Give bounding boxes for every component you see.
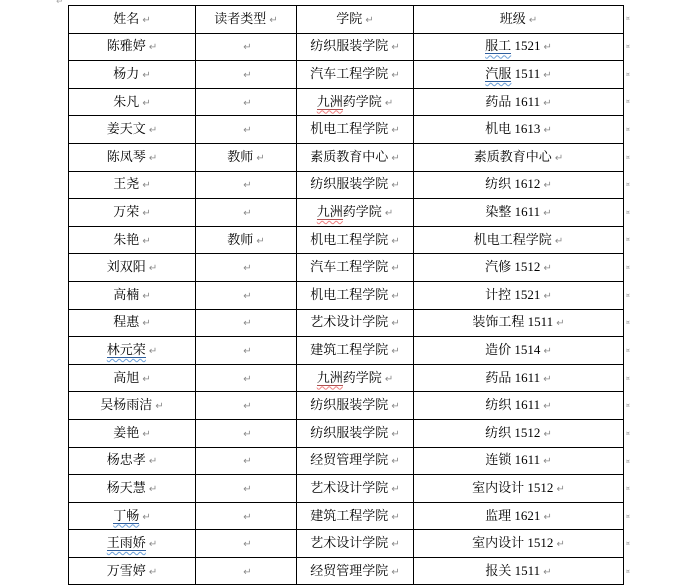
end-of-row-mark: ¤ <box>626 5 630 33</box>
end-of-cell-mark: ↵ <box>543 70 551 81</box>
cell-class[interactable]: 素质教育中心↵ <box>414 143 624 171</box>
cell-name[interactable]: 杨忠孝↵ <box>69 447 196 475</box>
table-row: 朱艳↵教师↵机电工程学院↵机电工程学院↵ <box>69 226 624 254</box>
cell-reader-type[interactable]: ↵ <box>196 447 297 475</box>
cell-class[interactable]: 装饰工程 1511↵ <box>414 309 624 337</box>
end-of-cell-mark: ↵ <box>243 512 251 523</box>
end-of-cell-mark: ↵ <box>243 263 251 274</box>
end-of-cell-mark: ↵ <box>385 208 393 219</box>
end-of-row-mark: ¤ <box>626 88 630 116</box>
cell-name[interactable]: 程惠↵ <box>69 309 196 337</box>
end-of-cell-mark: ↵ <box>543 512 551 523</box>
document-page: ↵ 姓名↵读者类型↵学院↵班级↵ 陈雅婷↵↵纺织服装学院↵服工 1521↵杨力↵… <box>0 0 689 586</box>
table-row: 杨忠孝↵↵经贸管理学院↵连锁 1611↵ <box>69 447 624 475</box>
cell-college[interactable]: 九洲药学院↵ <box>297 364 414 392</box>
end-of-cell-mark: ↵ <box>391 291 399 302</box>
cell-text: 室内设计 1512 <box>472 535 553 550</box>
cell-college[interactable]: 机电工程学院↵ <box>297 116 414 144</box>
end-of-row-mark: ¤ <box>626 447 630 475</box>
cell-name[interactable]: 杨天慧↵ <box>69 475 196 503</box>
cell-text: 报关 1511 <box>485 563 540 578</box>
cell-text: 机电工程学院 <box>474 232 552 247</box>
cell-reader-type[interactable]: ↵ <box>196 88 297 116</box>
records-table: 姓名↵读者类型↵学院↵班级↵ 陈雅婷↵↵纺织服装学院↵服工 1521↵杨力↵↵汽… <box>68 5 624 585</box>
header-row: 姓名↵读者类型↵学院↵班级↵ <box>69 6 624 34</box>
end-of-cell-mark: ↵ <box>243 98 251 109</box>
cell-text: 汽修 1512 <box>485 259 540 274</box>
cell-text: 汽车工程学院 <box>310 259 388 274</box>
cell-college[interactable]: 建筑工程学院↵ <box>297 337 414 365</box>
cell-text: 药品 1611 <box>485 94 540 109</box>
end-of-cell-mark: ↵ <box>391 512 399 523</box>
cell-text: 素质教育中心 <box>474 149 552 164</box>
end-of-cell-mark: ↵ <box>391 263 399 274</box>
cell-text: 杨力 <box>113 66 139 81</box>
end-of-cell-mark: ↵ <box>391 180 399 191</box>
end-of-cell-mark: ↵ <box>556 318 564 329</box>
cell-college[interactable]: 艺术设计学院↵ <box>297 475 414 503</box>
end-of-cell-mark: ↵ <box>391 346 399 357</box>
cell-reader-type[interactable]: ↵ <box>196 392 297 420</box>
end-of-cell-mark: ↵ <box>543 401 551 412</box>
table-row: 林元荣↵↵建筑工程学院↵造价 1514↵ <box>69 337 624 365</box>
column-header-name[interactable]: 姓名↵ <box>69 6 196 34</box>
table-row: 姜天文↵↵机电工程学院↵机电 1613↵ <box>69 116 624 144</box>
end-of-cell-mark: ↵ <box>149 263 157 274</box>
end-of-cell-mark: ↵ <box>243 484 251 495</box>
cell-reader-type[interactable]: ↵ <box>196 475 297 503</box>
cell-college[interactable]: 经贸管理学院↵ <box>297 557 414 585</box>
table-row: 王尧↵↵纺织服装学院↵纺织 1612↵ <box>69 171 624 199</box>
cell-text: 高旭 <box>113 370 139 385</box>
cell-class[interactable]: 服工 1521↵ <box>414 33 624 61</box>
table-row: 王雨娇↵↵艺术设计学院↵室内设计 1512↵ <box>69 530 624 558</box>
cell-text: 机电工程学院 <box>310 287 388 302</box>
cell-text: 朱艳 <box>113 232 139 247</box>
cell-college[interactable]: 纺织服装学院↵ <box>297 171 414 199</box>
cell-reader-type[interactable]: ↵ <box>196 309 297 337</box>
cell-class[interactable]: 室内设计 1512↵ <box>414 475 624 503</box>
end-of-cell-mark: ↵ <box>391 318 399 329</box>
cell-text: 姜艳 <box>113 425 139 440</box>
cell-text: 吴杨雨洁 <box>100 397 152 412</box>
cell-name[interactable]: 林元荣↵ <box>69 337 196 365</box>
cell-text: 纺织 1512 <box>485 425 540 440</box>
end-of-row-mark: ¤ <box>626 33 630 61</box>
end-of-row-mark: ¤ <box>626 475 630 503</box>
cell-text: 王雨娇 <box>107 535 146 551</box>
cell-text: 监理 1621 <box>485 508 540 523</box>
end-of-row-mark: ¤ <box>626 530 630 558</box>
cell-college[interactable]: 建筑工程学院↵ <box>297 502 414 530</box>
cell-name[interactable]: 姜天文↵ <box>69 116 196 144</box>
cell-class[interactable]: 药品 1611↵ <box>414 364 624 392</box>
cell-text: 汽服 1511 <box>485 66 540 82</box>
cell-text: 纺织服装学院 <box>310 425 388 440</box>
cell-text: 艺术设计学院 <box>310 535 388 550</box>
end-of-row-mark: ¤ <box>626 503 630 531</box>
cell-reader-type[interactable]: ↵ <box>196 61 297 89</box>
cell-reader-type[interactable]: 教师↵ <box>196 143 297 171</box>
grammar-wavy-underline: 服工 <box>485 38 511 54</box>
cell-name[interactable]: 朱凡↵ <box>69 88 196 116</box>
end-of-cell-mark: ↵ <box>385 374 393 385</box>
end-of-cell-mark: ↵ <box>391 429 399 440</box>
cell-reader-type[interactable]: ↵ <box>196 337 297 365</box>
end-of-row-mark: ¤ <box>626 198 630 226</box>
end-of-cell-mark: ↵ <box>142 98 150 109</box>
cell-name[interactable]: 王尧↵ <box>69 171 196 199</box>
cell-name[interactable]: 丁畅↵ <box>69 502 196 530</box>
end-of-cell-mark: ↵ <box>142 236 150 247</box>
cell-text: 建筑工程学院 <box>310 508 388 523</box>
cell-reader-type[interactable]: ↵ <box>196 254 297 282</box>
cell-text: 经贸管理学院 <box>310 452 388 467</box>
cell-text: 纺织 1611 <box>485 397 540 412</box>
cell-name[interactable]: 吴杨雨洁↵ <box>69 392 196 420</box>
cell-name[interactable]: 高旭↵ <box>69 364 196 392</box>
end-of-cell-mark: ↵ <box>142 70 150 81</box>
end-of-cell-mark: ↵ <box>155 401 163 412</box>
cell-name[interactable]: 高楠↵ <box>69 281 196 309</box>
cell-text: 艺术设计学院 <box>310 480 388 495</box>
cell-text: 机电工程学院 <box>310 121 388 136</box>
table-row: 姜艳↵↵纺织服装学院↵纺织 1512↵ <box>69 419 624 447</box>
cell-text: 教师 <box>227 232 253 247</box>
cell-name[interactable]: 朱艳↵ <box>69 226 196 254</box>
row-end-marks: ¤¤¤¤¤¤¤¤¤¤¤¤¤¤¤¤¤¤¤¤¤ <box>626 5 630 585</box>
end-of-row-mark: ¤ <box>626 171 630 199</box>
cell-text: 王尧 <box>113 176 139 191</box>
end-of-cell-mark: ↵ <box>149 153 157 164</box>
grammar-wavy-underline: 丁畅 <box>113 508 139 524</box>
cell-class[interactable]: 纺织 1612↵ <box>414 171 624 199</box>
cell-class[interactable]: 纺织 1512↵ <box>414 419 624 447</box>
column-header-class[interactable]: 班级↵ <box>414 6 624 34</box>
cell-text: 机电工程学院 <box>310 232 388 247</box>
cell-text: 汽车工程学院 <box>310 66 388 81</box>
end-of-cell-mark: ↵ <box>543 42 551 53</box>
column-header-label: 学院 <box>336 11 362 26</box>
cell-text: 万荣 <box>113 204 139 219</box>
end-of-cell-mark: ↵ <box>543 180 551 191</box>
cell-class[interactable]: 连锁 1611↵ <box>414 447 624 475</box>
end-of-cell-mark: ↵ <box>149 567 157 578</box>
table-row: 陈凤琴↵教师↵素质教育中心↵素质教育中心↵ <box>69 143 624 171</box>
cell-college[interactable]: 纺织服装学院↵ <box>297 419 414 447</box>
end-of-row-mark: ¤ <box>626 281 630 309</box>
cell-text: 万雪婷 <box>107 563 146 578</box>
table-row: 高楠↵↵机电工程学院↵计控 1521↵ <box>69 281 624 309</box>
cell-text: 朱凡 <box>113 94 139 109</box>
column-header-label: 读者类型 <box>214 11 266 26</box>
grammar-wavy-underline: 汽服 <box>485 66 511 82</box>
cell-text: 装饰工程 1511 <box>472 314 553 329</box>
end-of-cell-mark: ↵ <box>142 15 150 26</box>
end-of-cell-mark: ↵ <box>243 429 251 440</box>
end-of-cell-mark: ↵ <box>365 15 373 26</box>
end-of-cell-mark: ↵ <box>543 456 551 467</box>
end-of-cell-mark: ↵ <box>243 291 251 302</box>
cell-class[interactable]: 染整 1611↵ <box>414 199 624 227</box>
cell-class[interactable]: 汽修 1512↵ <box>414 254 624 282</box>
end-of-cell-mark: ↵ <box>243 318 251 329</box>
end-of-cell-mark: ↵ <box>243 346 251 357</box>
cell-text: 纺织服装学院 <box>310 397 388 412</box>
end-of-cell-mark: ↵ <box>543 429 551 440</box>
end-of-cell-mark: ↵ <box>391 70 399 81</box>
cell-class[interactable]: 计控 1521↵ <box>414 281 624 309</box>
end-of-row-mark: ¤ <box>626 226 630 254</box>
cell-text: 九洲药学院 <box>317 370 382 386</box>
cell-text: 素质教育中心 <box>310 149 388 164</box>
table-row: 万荣↵↵九洲药学院↵染整 1611↵ <box>69 199 624 227</box>
end-of-cell-mark: ↵ <box>243 374 251 385</box>
end-of-cell-mark: ↵ <box>385 98 393 109</box>
end-of-cell-mark: ↵ <box>543 291 551 302</box>
cell-college[interactable]: 机电工程学院↵ <box>297 281 414 309</box>
cell-name[interactable]: 杨力↵ <box>69 61 196 89</box>
end-of-cell-mark: ↵ <box>142 208 150 219</box>
cell-text: 造价 1514 <box>485 342 540 357</box>
cell-text: 纺织 1612 <box>485 176 540 191</box>
cell-text: 程惠 <box>113 314 139 329</box>
end-of-cell-mark: ↵ <box>243 567 251 578</box>
cell-class[interactable]: 室内设计 1512↵ <box>414 530 624 558</box>
column-header-label: 姓名 <box>113 11 139 26</box>
cell-class[interactable]: 报关 1511↵ <box>414 557 624 585</box>
end-of-cell-mark: ↵ <box>142 374 150 385</box>
end-of-cell-mark: ↵ <box>391 567 399 578</box>
end-of-cell-mark: ↵ <box>256 153 264 164</box>
cell-text: 丁畅 <box>113 508 139 524</box>
end-of-cell-mark: ↵ <box>543 567 551 578</box>
cell-text: 九洲药学院 <box>317 94 382 110</box>
cell-text: 教师 <box>227 149 253 164</box>
cell-name[interactable]: 陈雅婷↵ <box>69 33 196 61</box>
spelling-wavy-underline: 九洲 <box>317 370 343 386</box>
end-of-cell-mark: ↵ <box>243 42 251 53</box>
cell-class[interactable]: 造价 1514↵ <box>414 337 624 365</box>
end-of-cell-mark: ↵ <box>556 484 564 495</box>
cell-text: 染整 1611 <box>485 204 540 219</box>
cell-name[interactable]: 陈凤琴↵ <box>69 143 196 171</box>
end-of-cell-mark: ↵ <box>543 98 551 109</box>
end-of-cell-mark: ↵ <box>243 456 251 467</box>
table-row: 吴杨雨洁↵↵纺织服装学院↵纺织 1611↵ <box>69 392 624 420</box>
end-of-cell-mark: ↵ <box>149 539 157 550</box>
table-row: 陈雅婷↵↵纺织服装学院↵服工 1521↵ <box>69 33 624 61</box>
table-row: 朱凡↵↵九洲药学院↵药品 1611↵ <box>69 88 624 116</box>
end-of-cell-mark: ↵ <box>149 125 157 136</box>
end-of-cell-mark: ↵ <box>543 346 551 357</box>
end-of-cell-mark: ↵ <box>529 15 537 26</box>
table-row: 高旭↵↵九洲药学院↵药品 1611↵ <box>69 364 624 392</box>
cell-name[interactable]: 万雪婷↵ <box>69 557 196 585</box>
cell-reader-type[interactable]: ↵ <box>196 419 297 447</box>
cell-class[interactable]: 监理 1621↵ <box>414 502 624 530</box>
end-of-cell-mark: ↵ <box>142 512 150 523</box>
end-of-cell-mark: ↵ <box>142 291 150 302</box>
cell-name[interactable]: 万荣↵ <box>69 199 196 227</box>
cell-college[interactable]: 汽车工程学院↵ <box>297 61 414 89</box>
end-of-row-mark: ¤ <box>626 143 630 171</box>
end-of-cell-mark: ↵ <box>543 208 551 219</box>
table-row: 杨力↵↵汽车工程学院↵汽服 1511↵ <box>69 61 624 89</box>
end-of-cell-mark: ↵ <box>556 539 564 550</box>
end-of-row-mark: ¤ <box>626 364 630 392</box>
table-row: 程惠↵↵艺术设计学院↵装饰工程 1511↵ <box>69 309 624 337</box>
cell-text: 药品 1611 <box>485 370 540 385</box>
cell-class[interactable]: 药品 1611↵ <box>414 88 624 116</box>
cell-text: 计控 1521 <box>485 287 540 302</box>
end-of-cell-mark: ↵ <box>391 153 399 164</box>
cell-text: 连锁 1611 <box>485 452 540 467</box>
cell-college[interactable]: 九洲药学院↵ <box>297 199 414 227</box>
end-of-cell-mark: ↵ <box>243 125 251 136</box>
cell-reader-type[interactable]: ↵ <box>196 281 297 309</box>
cell-text: 九洲药学院 <box>317 204 382 220</box>
end-of-cell-mark: ↵ <box>142 429 150 440</box>
end-of-cell-mark: ↵ <box>543 374 551 385</box>
end-of-cell-mark: ↵ <box>391 401 399 412</box>
end-of-cell-mark: ↵ <box>243 70 251 81</box>
end-of-row-mark: ¤ <box>626 337 630 365</box>
end-of-cell-mark: ↵ <box>555 236 563 247</box>
end-of-row-mark: ¤ <box>626 309 630 337</box>
stray-formatting-mark: ↵ <box>56 0 64 7</box>
end-of-cell-mark: ↵ <box>243 208 251 219</box>
table-row: 刘双阳↵↵汽车工程学院↵汽修 1512↵ <box>69 254 624 282</box>
cell-reader-type[interactable]: ↵ <box>196 116 297 144</box>
cell-name[interactable]: 刘双阳↵ <box>69 254 196 282</box>
table-row: 丁畅↵↵建筑工程学院↵监理 1621↵ <box>69 502 624 530</box>
cell-reader-type[interactable]: ↵ <box>196 530 297 558</box>
cell-text: 纺织服装学院 <box>310 38 388 53</box>
end-of-row-mark: ¤ <box>626 558 630 586</box>
end-of-cell-mark: ↵ <box>243 401 251 412</box>
cell-text: 服工 1521 <box>485 38 540 54</box>
end-of-cell-mark: ↵ <box>149 484 157 495</box>
end-of-row-mark: ¤ <box>626 254 630 282</box>
cell-reader-type[interactable]: ↵ <box>196 364 297 392</box>
end-of-row-mark: ¤ <box>626 420 630 448</box>
table-body: 陈雅婷↵↵纺织服装学院↵服工 1521↵杨力↵↵汽车工程学院↵汽服 1511↵朱… <box>69 33 624 585</box>
end-of-cell-mark: ↵ <box>149 346 157 357</box>
end-of-row-mark: ¤ <box>626 60 630 88</box>
cell-college[interactable]: 艺术设计学院↵ <box>297 530 414 558</box>
cell-reader-type[interactable]: 教师↵ <box>196 226 297 254</box>
cell-text: 姜天文 <box>107 121 146 136</box>
end-of-row-mark: ¤ <box>626 116 630 144</box>
cell-text: 建筑工程学院 <box>310 342 388 357</box>
grammar-wavy-underline: 王雨娇 <box>107 535 146 551</box>
cell-text: 杨天慧 <box>107 480 146 495</box>
cell-college[interactable]: 经贸管理学院↵ <box>297 447 414 475</box>
end-of-cell-mark: ↵ <box>543 263 551 274</box>
end-of-cell-mark: ↵ <box>391 125 399 136</box>
cell-class[interactable]: 纺织 1611↵ <box>414 392 624 420</box>
end-of-cell-mark: ↵ <box>149 456 157 467</box>
cell-name[interactable]: 王雨娇↵ <box>69 530 196 558</box>
end-of-cell-mark: ↵ <box>391 42 399 53</box>
end-of-cell-mark: ↵ <box>243 180 251 191</box>
end-of-cell-mark: ↵ <box>256 236 264 247</box>
end-of-cell-mark: ↵ <box>142 318 150 329</box>
end-of-cell-mark: ↵ <box>142 180 150 191</box>
end-of-row-mark: ¤ <box>626 392 630 420</box>
cell-college[interactable]: 汽车工程学院↵ <box>297 254 414 282</box>
spelling-wavy-underline: 九洲 <box>317 94 343 110</box>
cell-reader-type[interactable]: ↵ <box>196 33 297 61</box>
cell-text: 机电 1613 <box>485 121 540 136</box>
cell-text: 室内设计 1512 <box>472 480 553 495</box>
cell-text: 艺术设计学院 <box>310 314 388 329</box>
cell-text: 高楠 <box>113 287 139 302</box>
cell-reader-type[interactable]: ↵ <box>196 502 297 530</box>
column-header-reader-type[interactable]: 读者类型↵ <box>196 6 297 34</box>
cell-college[interactable]: 纺织服装学院↵ <box>297 392 414 420</box>
end-of-cell-mark: ↵ <box>555 153 563 164</box>
cell-text: 陈凤琴 <box>107 149 146 164</box>
table-row: 万雪婷↵↵经贸管理学院↵报关 1511↵ <box>69 557 624 585</box>
end-of-cell-mark: ↵ <box>269 15 277 26</box>
end-of-cell-mark: ↵ <box>149 42 157 53</box>
grammar-wavy-underline: 林元荣 <box>107 342 146 358</box>
cell-college[interactable]: 九洲药学院↵ <box>297 88 414 116</box>
spelling-wavy-underline: 九洲 <box>317 204 343 220</box>
end-of-cell-mark: ↵ <box>543 125 551 136</box>
cell-text: 刘双阳 <box>107 259 146 274</box>
cell-reader-type[interactable]: ↵ <box>196 171 297 199</box>
cell-reader-type[interactable]: ↵ <box>196 199 297 227</box>
end-of-cell-mark: ↵ <box>243 539 251 550</box>
column-header-label: 班级 <box>500 11 526 26</box>
end-of-cell-mark: ↵ <box>391 484 399 495</box>
end-of-cell-mark: ↵ <box>391 456 399 467</box>
cell-college[interactable]: 艺术设计学院↵ <box>297 309 414 337</box>
cell-name[interactable]: 姜艳↵ <box>69 419 196 447</box>
cell-class[interactable]: 机电工程学院↵ <box>414 226 624 254</box>
cell-college[interactable]: 纺织服装学院↵ <box>297 33 414 61</box>
cell-class[interactable]: 机电 1613↵ <box>414 116 624 144</box>
end-of-cell-mark: ↵ <box>391 236 399 247</box>
table-row: 杨天慧↵↵艺术设计学院↵室内设计 1512↵ <box>69 475 624 503</box>
cell-text: 纺织服装学院 <box>310 176 388 191</box>
cell-text: 经贸管理学院 <box>310 563 388 578</box>
cell-college[interactable]: 素质教育中心↵ <box>297 143 414 171</box>
cell-text: 杨忠孝 <box>107 452 146 467</box>
end-of-cell-mark: ↵ <box>391 539 399 550</box>
cell-reader-type[interactable]: ↵ <box>196 557 297 585</box>
cell-text: 陈雅婷 <box>107 38 146 53</box>
cell-college[interactable]: 机电工程学院↵ <box>297 226 414 254</box>
cell-text: 林元荣 <box>107 342 146 358</box>
column-header-college[interactable]: 学院↵ <box>297 6 414 34</box>
cell-class[interactable]: 汽服 1511↵ <box>414 61 624 89</box>
